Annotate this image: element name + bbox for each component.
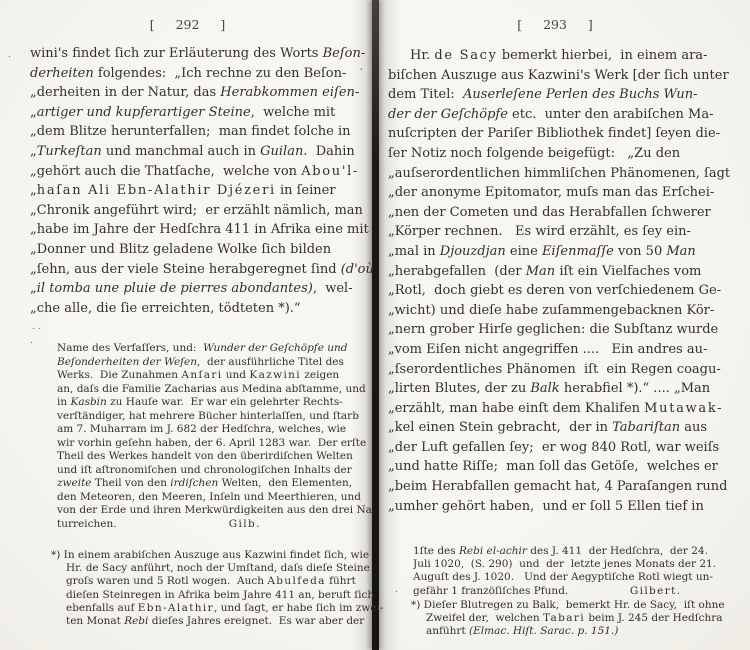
text-line: „und hatte Riſſe; man ſoll das Getöſe, w… bbox=[388, 457, 742, 477]
text-line: „kel einen Stein gebracht, der in Tabari… bbox=[388, 418, 742, 438]
text-line: Werks. Die Zunahmen Anſari und Kazwini z… bbox=[57, 369, 373, 383]
scan-speck: . bbox=[8, 50, 11, 60]
text-line: „nern grober Hirſe geglichen: die Subſta… bbox=[388, 320, 742, 340]
text-line: „ſehn, aus der viele Steine herabgeregne… bbox=[30, 260, 375, 280]
text-line: wini's findet ſich zur Erläuterung des W… bbox=[30, 44, 375, 64]
text-line: Theil des Werkes handelt von den überird… bbox=[57, 450, 373, 464]
right-page-footnote-continuation: 1ſte des Rebi el-achir des J. 411 der He… bbox=[413, 545, 743, 598]
scan-speck: . bbox=[30, 336, 33, 346]
text-line: verſtändiger, hat mehrere Bücher hinterl… bbox=[57, 410, 373, 424]
text-line: groſs waren und 5 Rotl wogen. Auch Abulf… bbox=[66, 575, 390, 588]
text-line: „dem Blitze herunterfallen; man findet ſ… bbox=[30, 122, 375, 142]
text-line: in Kasbin zu Hauſe war. Er war ein geleh… bbox=[57, 396, 373, 410]
text-line: und iſt aſtronomiſchen und chronologiſch… bbox=[57, 464, 373, 478]
text-line: turreichen.Gilb. bbox=[57, 518, 373, 532]
text-line: der der Geſchöpfe etc. unter den arabiſc… bbox=[388, 105, 742, 125]
text-line: „mal in Djouzdjan eine Eiſenmaſſe von 50… bbox=[388, 242, 742, 262]
scan-speck: , bbox=[360, 62, 363, 72]
text-line: ebenfalls auf Ebn-Alathir, und ſagt, er … bbox=[66, 602, 390, 615]
text-line: anführt (Elmac. Hiſt. Sarac. p. 151.) bbox=[426, 625, 750, 638]
text-line: *) In einem arabiſchen Auszuge aus Kazwi… bbox=[51, 549, 390, 562]
text-line: „derheiten in der Natur, das Herabkommen… bbox=[30, 83, 375, 103]
text-line: dieſen Steinregen in Afrika beim Jahre 4… bbox=[66, 589, 390, 602]
text-line: dem Titel: Auserleſene Perlen des Buchs … bbox=[388, 85, 742, 105]
text-line: biſchen Auszuge aus Kazwini's Werk [der … bbox=[388, 66, 742, 86]
text-line: „nen der Cometen und das Herabfallen ſch… bbox=[388, 203, 742, 223]
text-line: Auguſt des J. 1020. Und der Aegyptiſche … bbox=[413, 571, 743, 584]
text-line: Beſonderheiten der Weſen, der ausführlic… bbox=[57, 356, 373, 370]
text-line: *) Dieſer Blutregen zu Balk, bemerkt Hr.… bbox=[411, 599, 750, 612]
scan-speck: . . bbox=[32, 322, 41, 332]
text-line: „haſan Ali Ebn-Alathir Djézeri in ſeiner bbox=[30, 181, 375, 201]
right-page-main-text: Hr. de Sacy bemerkt hierbei, in einem ar… bbox=[388, 46, 742, 516]
book-scan-page: [ 292 ] wini's findet ſich zur Erläuteru… bbox=[0, 0, 750, 650]
text-line: an, daſs die Familie Zacharias aus Medin… bbox=[57, 383, 373, 397]
text-line: Hr. de Sacy anführt, noch der Umſtand, d… bbox=[66, 562, 390, 575]
text-line: am 7. Muharram im J. 682 der Hedſchra, w… bbox=[57, 423, 373, 437]
text-line: „wicht) und dieſe habe zuſammengebacknen… bbox=[388, 301, 742, 321]
text-line: gefähr 1 franzöſiſches Pfund.Gilbert. bbox=[413, 585, 743, 598]
text-line: „umher gehört haben, und er ſoll 5 Ellen… bbox=[388, 497, 742, 517]
text-line: Zweifel der, welchen Tabari beim J. 245 … bbox=[426, 612, 750, 625]
text-line: „herabgefallen (der Man iſt ein Vielfach… bbox=[388, 262, 742, 282]
text-line: „beim Herabfallen gemacht hat, 4 Paraſan… bbox=[388, 477, 742, 497]
text-line: „Rotl, doch giebt es deren von verſchied… bbox=[388, 281, 742, 301]
scan-speck: . bbox=[395, 585, 398, 595]
left-page-note: Name des Verfaſſers, und: Wunder der Geſ… bbox=[57, 342, 373, 531]
text-line: derheiten folgendes: „Ich rechne zu den … bbox=[30, 64, 375, 84]
text-line: 1ſte des Rebi el-achir des J. 411 der He… bbox=[413, 545, 743, 558]
left-page-number: [ 292 ] bbox=[0, 17, 375, 37]
text-line: nuſcripten der Pariſer Bibliothek findet… bbox=[388, 124, 742, 144]
text-line: ten Monat Rebi dieſes Jahres ereignet. E… bbox=[66, 615, 390, 628]
text-line: „che alle, die ſie erreichten, tödteten … bbox=[30, 299, 375, 319]
text-line: „der anonyme Epitomator, muſs man das Er… bbox=[388, 183, 742, 203]
text-line: „Chronik angeführt wird; er erzählt näml… bbox=[30, 201, 375, 221]
left-page-footnote: *) In einem arabiſchen Auszuge aus Kazwi… bbox=[51, 549, 390, 628]
text-line: „auſserordentlichen himmliſchen Phänomen… bbox=[388, 164, 742, 184]
text-line: wir vorhin geſehn haben, der 6. April 12… bbox=[57, 437, 373, 451]
text-line: Name des Verfaſſers, und: Wunder der Geſ… bbox=[57, 342, 373, 356]
text-line: ſer Notiz noch folgende beigefügt: „Zu d… bbox=[388, 144, 742, 164]
text-line: von der Erde und ihren Merkwürdigkeiten … bbox=[57, 504, 373, 518]
text-line: „lirten Blutes, der zu Balk herabfiel *)… bbox=[388, 379, 742, 399]
text-line: „ſserordentliches Phänomen iſt ein Regen… bbox=[388, 360, 742, 380]
text-line: „erzählt, man habe einſt dem Khalifen Mu… bbox=[388, 399, 742, 419]
right-page-number: [ 293 ] bbox=[385, 17, 725, 37]
text-line: „der Luft gefallen ſey; er wog 840 Rotl,… bbox=[388, 438, 742, 458]
text-line: „habe im Jahre der Hedſchra 411 in Afrik… bbox=[30, 220, 375, 240]
left-page-main-text: wini's findet ſich zur Erläuterung des W… bbox=[30, 44, 375, 318]
text-line: „Körper rechnen. Es wird erzählt, es ſey… bbox=[388, 222, 742, 242]
right-page-footnote: *) Dieſer Blutregen zu Balk, bemerkt Hr.… bbox=[411, 599, 750, 639]
text-line: „il tomba une pluie de pierres abondante… bbox=[30, 279, 375, 299]
text-line: Hr. de Sacy bemerkt hierbei, in einem ar… bbox=[388, 46, 742, 66]
text-line: den Meteoren, den Meeren, Inſeln und Mee… bbox=[57, 491, 373, 505]
text-line: „Turkeſtan und manchmal auch in Guilan. … bbox=[30, 142, 375, 162]
text-line: „artiger und kupferartiger Steine, welch… bbox=[30, 103, 375, 123]
text-line: Juli 1020, (S. 290) und der letzte jenes… bbox=[413, 558, 743, 571]
text-line: „Donner und Blitz geladene Wolke ſich bi… bbox=[30, 240, 375, 260]
text-line: „gehört auch die Thatſache, welche von A… bbox=[30, 162, 375, 182]
text-line: „vom Eiſen nicht angegriffen .... Ein an… bbox=[388, 340, 742, 360]
text-line: zweite Theil von den irdiſchen Welten, d… bbox=[57, 477, 373, 491]
